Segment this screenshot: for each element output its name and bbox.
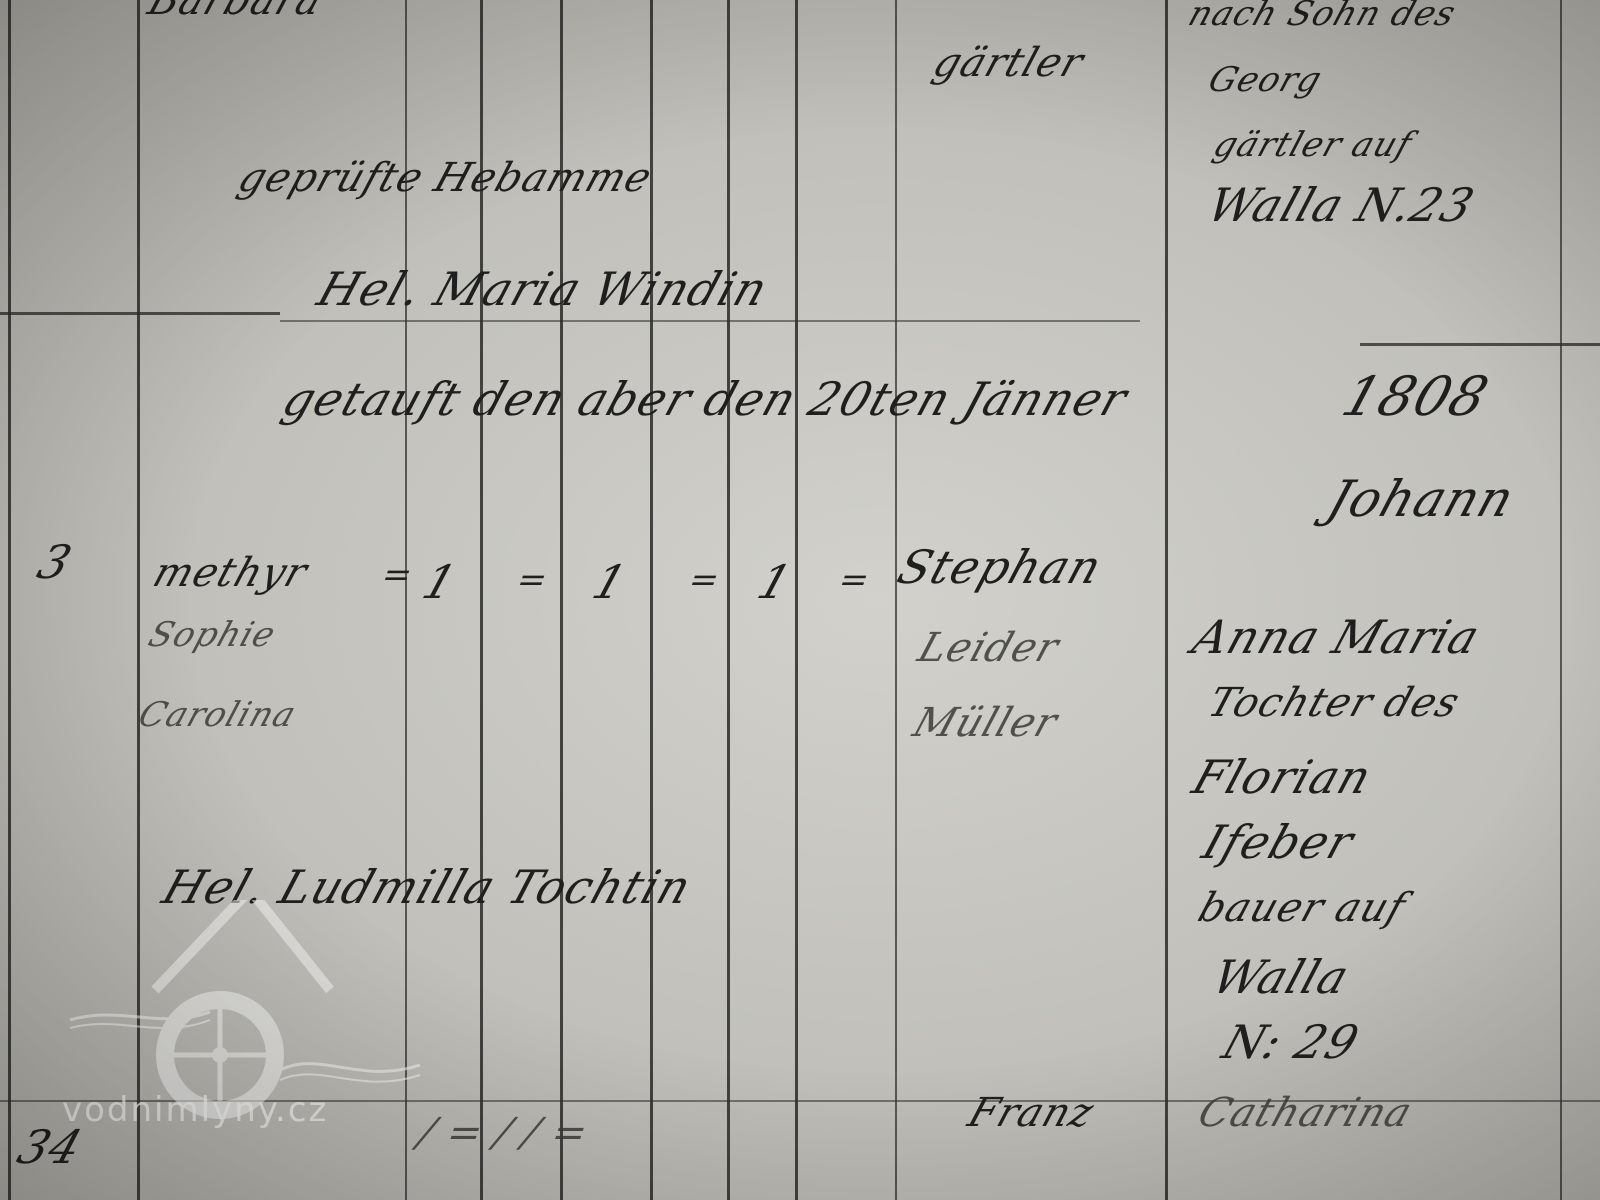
note-johann: Johann [1321, 470, 1522, 528]
equals-sign: = [377, 555, 419, 595]
check-mark-2: 1 [586, 555, 634, 609]
equals-sign: = [684, 560, 726, 600]
bottom-check-marks: / = / / = [413, 1110, 595, 1156]
column-rule [895, 0, 897, 1200]
equals-sign: = [834, 560, 876, 600]
child-line-2: Sophie [144, 615, 281, 655]
child-line-3: Carolina [134, 695, 302, 735]
godparent-line-7: N: 29 [1216, 1015, 1366, 1069]
equals-sign: = [512, 560, 554, 600]
father-line-2: Leider [913, 625, 1065, 671]
godparent-line-6: Walla [1206, 950, 1356, 1004]
entry-number-fragment: 3 [31, 535, 79, 589]
check-mark-3: 1 [751, 555, 799, 609]
parents-line-2: Georg [1204, 60, 1328, 100]
baptism-date-line: getauft den aber den 20ten Jänner [276, 372, 1134, 426]
occupation-text: gärtler [928, 40, 1090, 86]
parents-line-4: Walla N.23 [1201, 178, 1481, 232]
bottom-name-fragment: Franz [963, 1090, 1101, 1136]
midwife-note: geprüfte Hebamme [233, 155, 659, 201]
register-page: Barbara gärtler nach Sohn des Georg gärt… [0, 0, 1600, 1200]
father-line-3: Müller [908, 700, 1064, 746]
column-rule [137, 0, 140, 1200]
column-rule [1560, 0, 1562, 1200]
column-rule [1165, 0, 1168, 1200]
column-rule [8, 0, 11, 1200]
check-mark-1: 1 [416, 555, 464, 609]
parents-line-1: nach Sohn des [1184, 0, 1462, 34]
godparent-line-2: Tochter des [1203, 680, 1466, 726]
godparent-line-3: Florian [1186, 750, 1379, 804]
father-name: Stephan [891, 540, 1109, 594]
godparent-line-4: Ifeber [1196, 815, 1361, 869]
child-line-1: methyr [148, 550, 314, 596]
bottom-godparent-fragment: Catharina [1193, 1090, 1419, 1136]
baptism-year: 1808 [1335, 365, 1497, 428]
row-rule [1360, 343, 1600, 346]
signature-line: Hel. Ludmilla Tochtin [156, 860, 698, 914]
midwife-name: Hel. Maria Windin [311, 262, 775, 316]
row-rule [280, 320, 1140, 322]
header-fragment: Barbara [143, 0, 330, 24]
column-rule [795, 0, 798, 1200]
column-rule [650, 0, 653, 1200]
watermark-text: vodnimlyny.cz [62, 1090, 328, 1130]
godparent-line-1: Anna Maria [1186, 610, 1487, 664]
godparent-line-5: bauer auf [1193, 885, 1412, 931]
parents-line-3: gärtler auf [1209, 125, 1418, 165]
row-rule [0, 312, 280, 315]
column-rule [727, 0, 730, 1200]
